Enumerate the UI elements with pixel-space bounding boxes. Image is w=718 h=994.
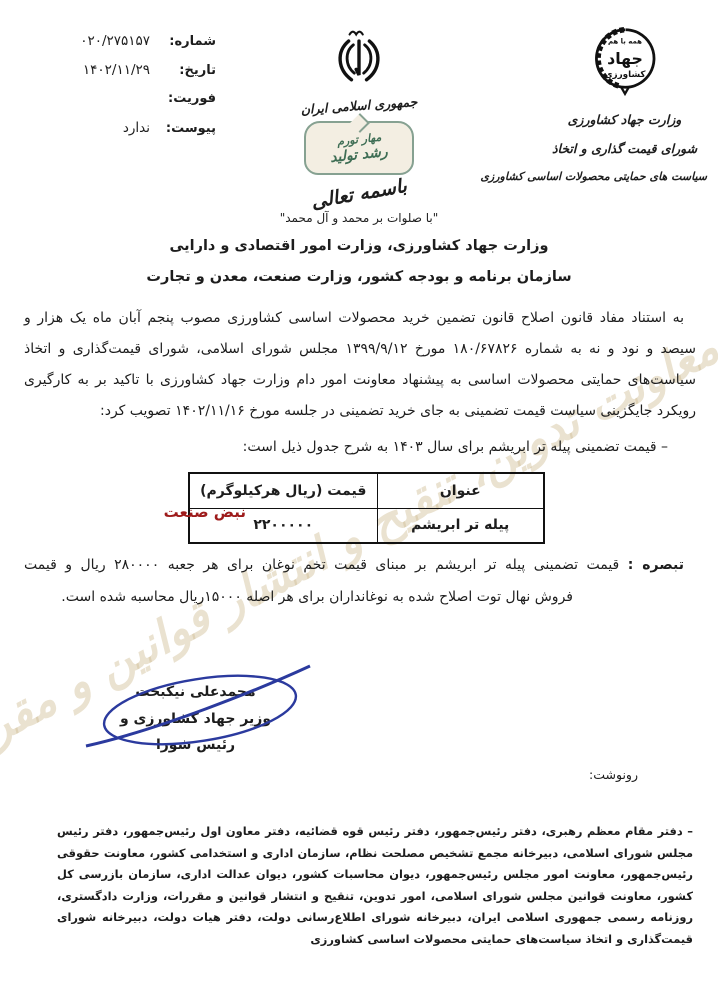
meta-row-number: شماره: ۰۲۰/۲۷۵۱۵۷ xyxy=(16,33,216,52)
body-paragraph: به استناد مفاد قانون اصلاح قانون تضمین خ… xyxy=(24,303,696,427)
signature-scribble-icon xyxy=(48,658,318,758)
letter-meta-block: شماره: ۰۲۰/۲۷۵۱۵۷ تاریخ: ۱۴۰۲/۱۱/۲۹ فوری… xyxy=(16,33,216,149)
council-title-line1: شورای قیمت گذاری و اتخاذ xyxy=(542,141,707,156)
svg-text:جهاد: جهاد xyxy=(607,49,643,68)
cc-recipients-text: – دفتر مقام معظم رهبری، دفتر رئیس‌جمهور،… xyxy=(57,821,693,950)
note-label: تبصره : xyxy=(628,557,684,573)
number-label: شماره: xyxy=(164,34,216,49)
jahad-keshavarzi-logo-icon: همه با هم جهاد کشاورزی xyxy=(592,26,658,104)
note-line2: فروش نهال توت اصلاح شده به نوغانداران بر… xyxy=(128,589,573,605)
attachment-label: پیوست: xyxy=(164,121,216,136)
bullet-decree-line: – قیمت تضمینی پیله تر ابریشم برای سال ۱۴… xyxy=(28,439,668,455)
svg-text:همه با هم: همه با هم xyxy=(607,38,641,46)
date-label: تاریخ: xyxy=(164,63,216,78)
ministry-name-calligraphy: وزارت جهاد کشاورزی xyxy=(542,112,707,127)
addressee-line1: وزارت جهاد کشاورزی، وزارت امور اقتصادی و… xyxy=(0,238,718,254)
svg-text:کشاورزی: کشاورزی xyxy=(604,70,646,80)
meta-row-date: تاریخ: ۱۴۰۲/۱۱/۲۹ xyxy=(16,62,216,81)
number-value: ۰۲۰/۲۷۵۱۵۷ xyxy=(80,33,150,49)
header-title: عنوان xyxy=(377,473,544,508)
meta-row-attachment: پیوست: ندارد xyxy=(16,120,216,139)
cc-label: رونوشت: xyxy=(589,767,638,782)
attachment-value: ندارد xyxy=(123,120,150,136)
addressee-line2: سازمان برنامه و بودجه کشور، وزارت صنعت، … xyxy=(0,269,718,285)
cell-product: پیله تر ابریشم xyxy=(377,508,544,543)
iran-national-emblem-icon xyxy=(330,26,388,92)
salawat-line: "با صلوات بر محمد و آل محمد" xyxy=(0,211,718,225)
document-page: معاونت تدوین، تنقیح و انتشار قوانین و مق… xyxy=(0,0,718,994)
letterhead-center: جمهوری اسلامی ایران مهار تورم رشد تولید … xyxy=(283,26,435,205)
meta-row-urgency: فوریت: xyxy=(16,91,216,110)
date-value: ۱۴۰۲/۱۱/۲۹ xyxy=(83,62,150,78)
note-text1: قیمت تضمینی پیله تر ابریشم بر مبنای قیمت… xyxy=(24,557,619,573)
nabz-sanat-red-stamp: نبض صنعت xyxy=(164,503,246,521)
council-title-line2: سیاست های حمایتی محصولات اساسی کشاورزی xyxy=(542,170,707,183)
urgency-label: فوریت: xyxy=(164,91,216,106)
letterhead-right: همه با هم جهاد کشاورزی وزارت جهاد کشاورز… xyxy=(542,26,707,183)
note-line1: تبصره : قیمت تضمینی پیله تر ابریشم بر مب… xyxy=(24,557,696,573)
year-slogan-stamp: مهار تورم رشد تولید xyxy=(304,121,414,175)
